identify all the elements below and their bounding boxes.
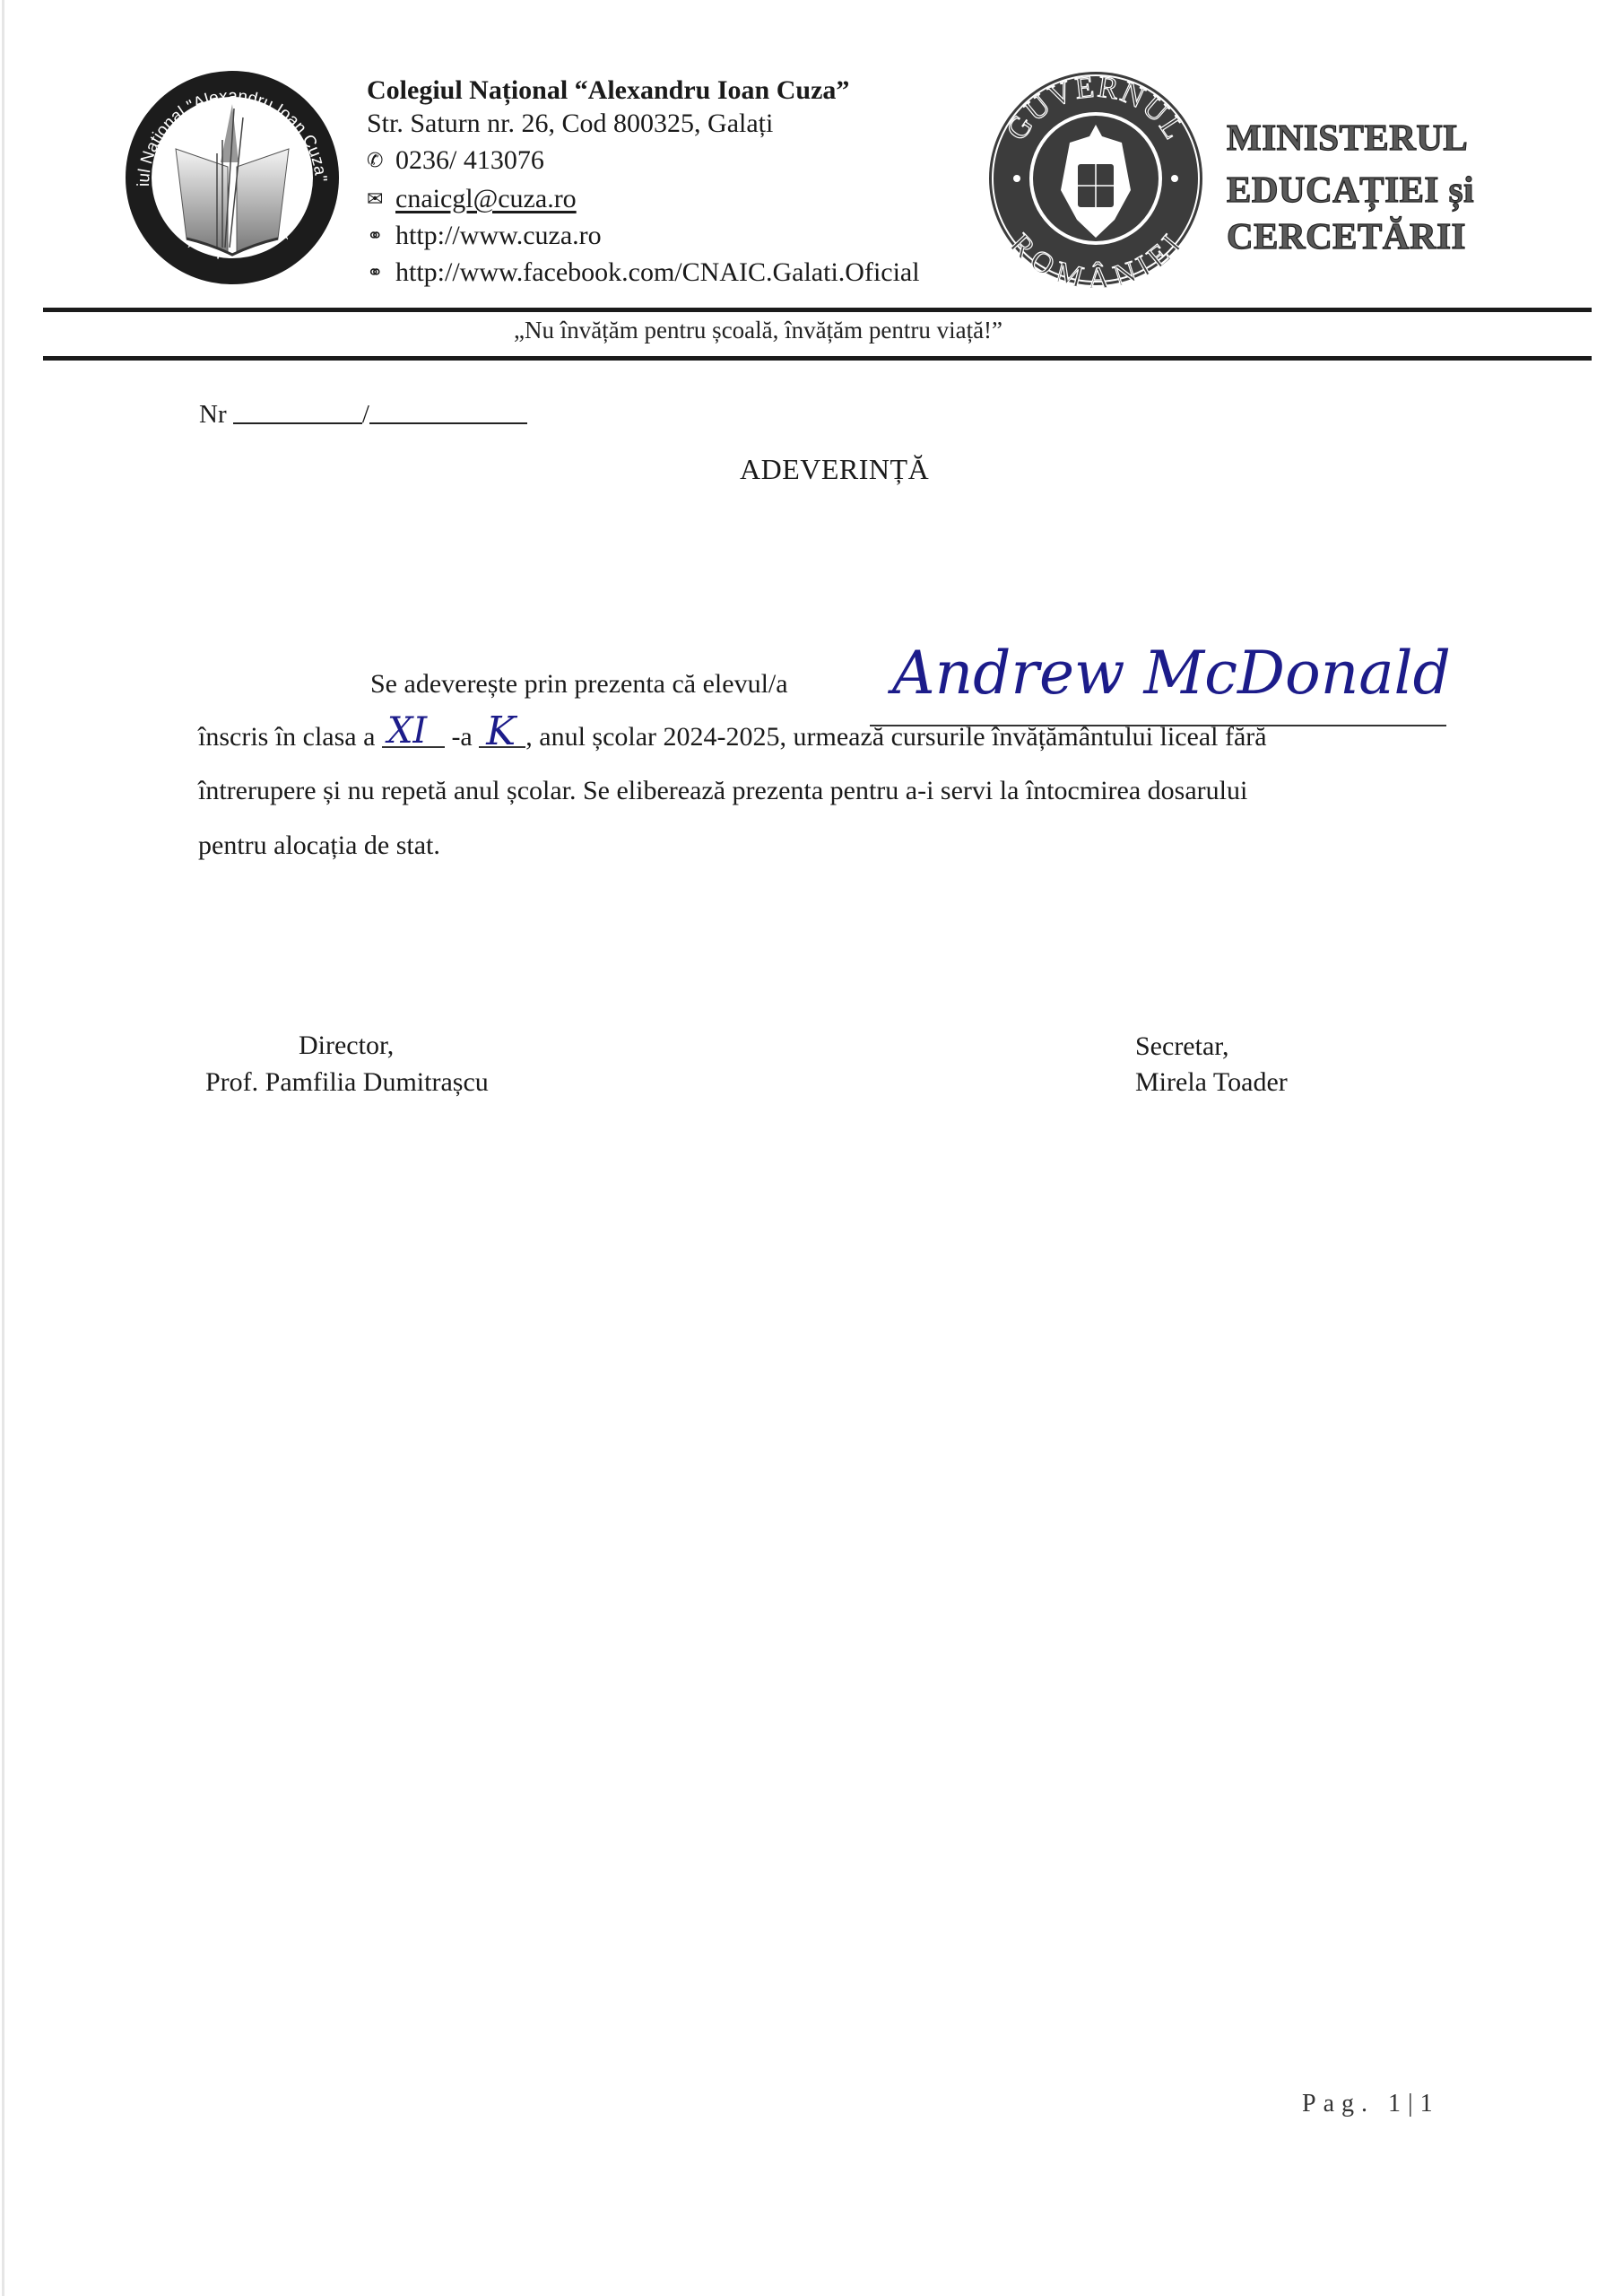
email-row: ✉cnaicgl@cuza.ro <box>367 186 577 213</box>
government-seal: GUVERNUL ROMÂNIEI <box>987 69 1204 288</box>
phone-number: 0236/ 413076 <box>395 145 544 175</box>
body-line-2-rest: , anul școlar 2024-2025, urmează cursuri… <box>525 722 1266 752</box>
registration-number: Nr / <box>199 400 527 430</box>
page-edge <box>2 0 4 2296</box>
class-field[interactable]: XI <box>382 723 445 748</box>
body-line-3: întrerupere și nu repetă anul școlar. Se… <box>198 776 1247 806</box>
header-rule-top <box>43 308 1592 312</box>
registration-number-field[interactable] <box>233 401 362 424</box>
facebook-row: ⚭http://www.facebook.com/CNAIC.Galati.Of… <box>367 259 920 287</box>
secretary-title: Secretar, <box>1135 1031 1229 1062</box>
email-link[interactable]: cnaicgl@cuza.ro <box>395 184 577 213</box>
ministry-line-1: MINISTERUL <box>1227 119 1468 156</box>
school-logo: Colegiul Național "Alexandru Ioan Cuza" … <box>122 68 343 287</box>
class-label: înscris în clasa a <box>198 722 375 752</box>
email-icon: ✉ <box>367 187 395 213</box>
page-number: Pag. 1|1 <box>1302 2090 1440 2118</box>
class-handwritten: XI <box>387 710 427 752</box>
header-rule-bottom <box>43 356 1592 361</box>
phone-icon: ✆ <box>367 148 395 175</box>
link-icon: ⚭ <box>367 260 395 287</box>
class-suffix: -a <box>451 722 472 752</box>
student-name-handwritten: Andrew McDonald <box>892 639 1451 708</box>
school-address: Str. Saturn nr. 26, Cod 800325, Galați <box>367 110 773 137</box>
registration-separator: / <box>362 400 369 429</box>
motto: „Nu învățăm pentru școală, învățăm pentr… <box>514 317 1002 344</box>
document-title: ADEVERINȚĂ <box>740 453 929 486</box>
secretary-name: Mirela Toader <box>1135 1067 1288 1098</box>
director-name: Prof. Pamfilia Dumitrașcu <box>205 1067 489 1098</box>
section-handwritten: K <box>486 709 516 754</box>
website-link[interactable]: http://www.cuza.ro <box>395 221 602 250</box>
registration-label: Nr <box>199 400 227 429</box>
body-line-1: Se adeverește prin prezenta că elevul/a <box>370 669 788 700</box>
body-line-2: înscris în clasa a XI -a K , anul școlar… <box>198 722 1267 752</box>
director-title: Director, <box>299 1031 394 1061</box>
ministry-line-2: EDUCAȚIEI și <box>1227 171 1474 208</box>
ministry-line-3: CERCETĂRII <box>1227 218 1466 255</box>
section-field[interactable]: K <box>479 723 525 748</box>
school-name: Colegiul Național “Alexandru Ioan Cuza” <box>367 77 849 104</box>
registration-date-field[interactable] <box>369 401 527 424</box>
website-row: ⚭http://www.cuza.ro <box>367 222 602 250</box>
link-icon: ⚭ <box>367 223 395 250</box>
body-line-4: pentru alocația de stat. <box>198 831 440 861</box>
facebook-link[interactable]: http://www.facebook.com/CNAIC.Galati.Ofi… <box>395 257 920 287</box>
phone-row: ✆0236/ 413076 <box>367 147 544 175</box>
